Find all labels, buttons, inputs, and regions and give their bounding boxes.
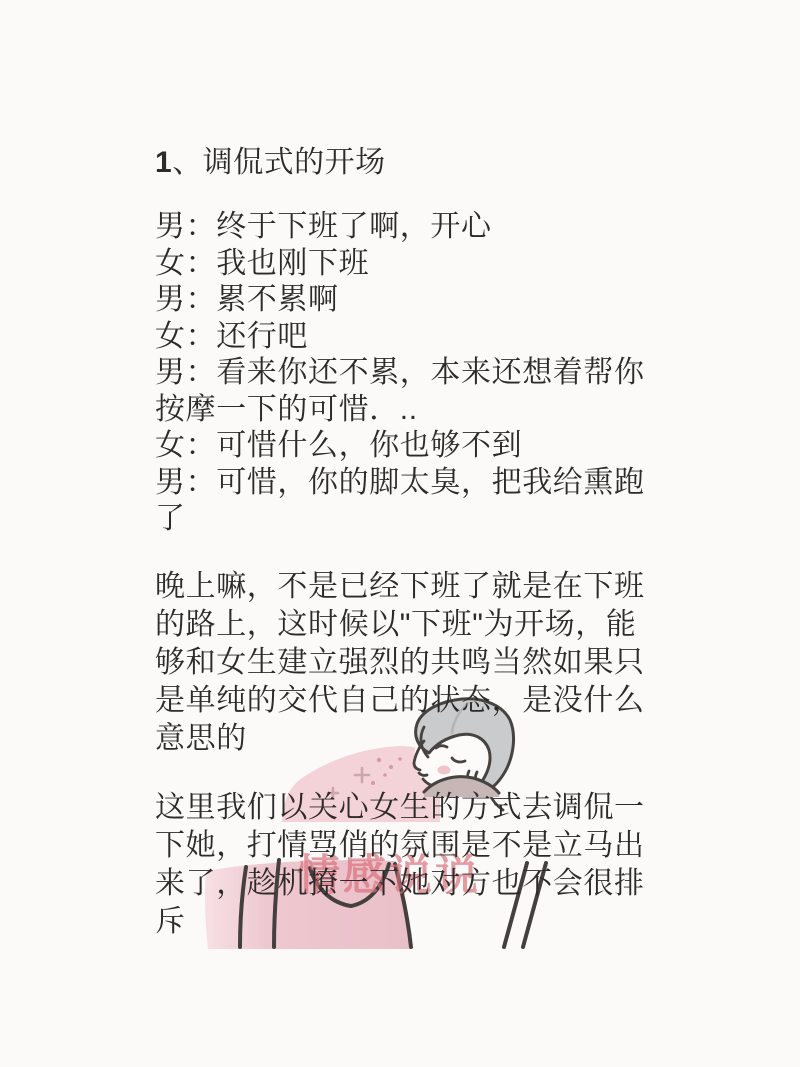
dialogue-line: 了	[155, 501, 645, 538]
paragraph-line: 是单纯的交代自己的状态，是没什么	[155, 682, 645, 720]
dialogue-line: 男：终于下班了啊，开心	[155, 209, 645, 246]
paragraph-line: 的路上，这时候以"下班"为开场，能	[155, 606, 645, 644]
text-layer: 1、调侃式的开场 男：终于下班了啊，开心 女：我也刚下班 男：累不累啊 女：还行…	[0, 0, 800, 1067]
section-title-text: 、调侃式的开场	[172, 146, 386, 179]
dialogue-line: 女：可惜什么，你也够不到	[155, 428, 645, 465]
dialogue-line: 男：累不累啊	[155, 282, 645, 319]
page-background: 情感说说 1、调侃式的开场 男：终于下班了啊，开心 女：我也刚下班 男：累不累啊…	[0, 0, 800, 1067]
paragraph-line: 意思的	[155, 720, 645, 758]
dialogue-line: 男：可惜，你的脚太臭，把我给熏跑	[155, 465, 645, 502]
section-number: 1	[155, 146, 172, 179]
paragraph-line: 晚上嘛，不是已经下班了就是在下班	[155, 568, 645, 606]
dialogue-line: 女：我也刚下班	[155, 246, 645, 283]
paragraph-line: 来了，趁机撩一下她对方也不会很排	[155, 865, 645, 903]
dialogue-line: 男：看来你还不累，本来还想着帮你	[155, 355, 645, 392]
paragraph-line: 够和女生建立强烈的共鸣当然如果只	[155, 644, 645, 682]
paragraph-line: 下她，打情骂俏的氛围是不是立马出	[155, 827, 645, 865]
dialogue-block: 男：终于下班了啊，开心 女：我也刚下班 男：累不累啊 女：还行吧 男：看来你还不…	[155, 209, 645, 538]
paragraph-line: 这里我们以关心女生的方式去调侃一	[155, 789, 645, 827]
commentary-paragraph-2: 这里我们以关心女生的方式去调侃一 下她，打情骂俏的氛围是不是立马出 来了，趁机撩…	[155, 789, 645, 941]
paragraph-line: 斥	[155, 903, 645, 941]
dialogue-line: 按摩一下的可惜．..	[155, 392, 645, 429]
section-title: 1、调侃式的开场	[155, 137, 386, 181]
commentary-paragraph-1: 晚上嘛，不是已经下班了就是在下班 的路上，这时候以"下班"为开场，能 够和女生建…	[155, 568, 645, 758]
dialogue-line: 女：还行吧	[155, 319, 645, 356]
